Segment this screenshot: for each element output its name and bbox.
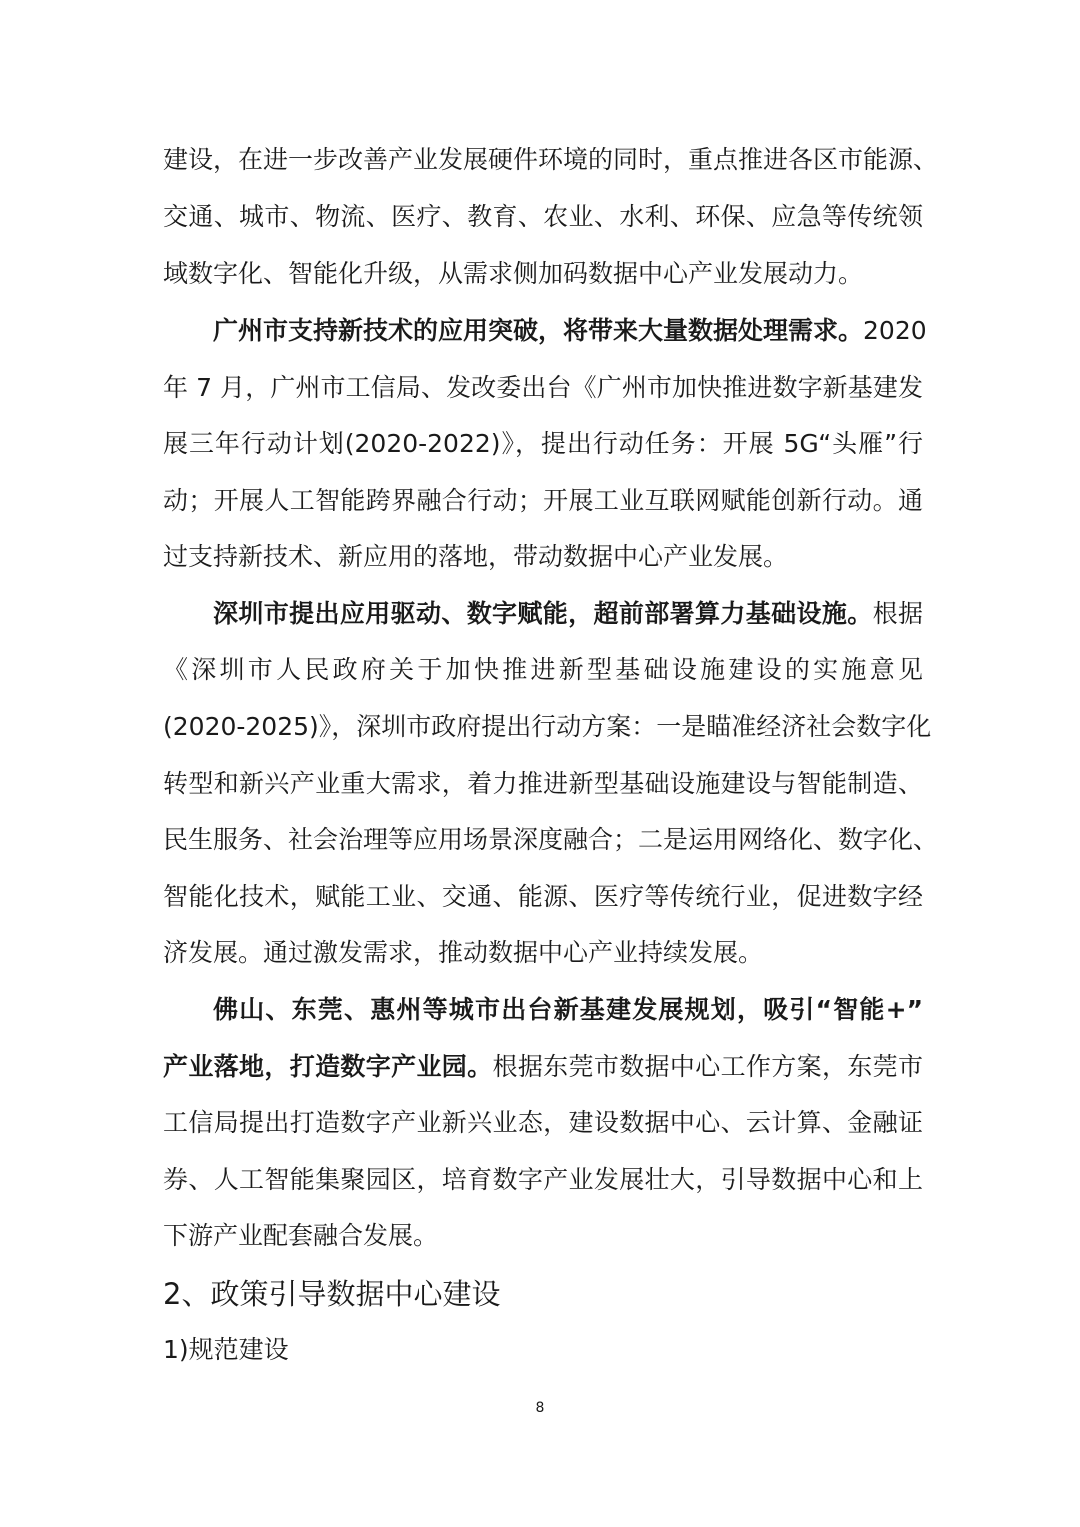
line-text: 根据 <box>873 599 923 628</box>
paragraph-line: 建设，在进一步改善产业发展硬件环境的同时，重点推进各区市能源、 <box>163 140 923 180</box>
paragraph-line: 佛山、东莞、惠州等城市出台新基建发展规划，吸引“智能+” <box>213 990 923 1030</box>
paragraph-line: 深圳市提出应用驱动、数字赋能，超前部署算力基础设施。根据 <box>213 594 923 634</box>
paragraph-line: 过支持新技术、新应用的落地，带动数据中心产业发展。 <box>163 537 923 577</box>
line-text: (2020-2025)》，深圳市政府提出行动方案：一是瞄准经济社会数字化 <box>163 712 931 741</box>
bold-lead-sentence: 产业落地，打造数字产业园。 <box>163 1052 492 1081</box>
page-number: 8 <box>0 1398 1080 1418</box>
line-text: 工信局提出打造数字产业新兴业态，建设数据中心、云计算、金融证 <box>163 1108 923 1137</box>
paragraph-line: (2020-2025)》，深圳市政府提出行动方案：一是瞄准经济社会数字化 <box>163 707 923 747</box>
bold-lead-sentence: 深圳市提出应用驱动、数字赋能，超前部署算力基础设施。 <box>213 599 873 628</box>
bold-lead-sentence: 广州市支持新技术的应用突破，将带来大量数据处理需求。 <box>213 316 863 345</box>
paragraph-line: 济发展。通过激发需求，推动数据中心产业持续发展。 <box>163 933 923 973</box>
paragraph-line: 动；开展人工智能跨界融合行动；开展工业互联网赋能创新行动。通 <box>163 481 923 521</box>
document-page: 建设，在进一步改善产业发展硬件环境的同时，重点推进各区市能源、 交通、城市、物流… <box>0 0 1080 1527</box>
line-text: 《深圳市人民政府关于加快推进新型基础设施建设的实施意见 <box>163 655 923 684</box>
paragraph-line: 转型和新兴产业重大需求，着力推进新型基础设施建设与智能制造、 <box>163 764 923 804</box>
line-text: 建设，在进一步改善产业发展硬件环境的同时，重点推进各区市能源、 <box>163 145 938 174</box>
line-text: 券、人工智能集聚园区，培育数字产业发展壮大，引导数据中心和上 <box>163 1165 923 1194</box>
line-text: 转型和新兴产业重大需求，着力推进新型基础设施建设与智能制造、 <box>163 769 923 798</box>
paragraph-line: 券、人工智能集聚园区，培育数字产业发展壮大，引导数据中心和上 <box>163 1160 923 1200</box>
line-text: 2020 <box>863 316 927 345</box>
paragraph-line: 交通、城市、物流、医疗、教育、农业、水利、环保、应急等传统领 <box>163 197 923 237</box>
paragraph-line: 《深圳市人民政府关于加快推进新型基础设施建设的实施意见 <box>163 650 923 690</box>
paragraph-line: 下游产业配套融合发展。 <box>163 1216 923 1256</box>
line-text: 交通、城市、物流、医疗、教育、农业、水利、环保、应急等传统领 <box>163 202 923 231</box>
line-text: 根据东莞市数据中心工作方案，东莞市 <box>492 1052 923 1081</box>
paragraph-line: 产业落地，打造数字产业园。根据东莞市数据中心工作方案，东莞市 <box>163 1047 923 1087</box>
bold-lead-sentence: 佛山、东莞、惠州等城市出台新基建发展规划，吸引“智能+” <box>213 995 923 1024</box>
paragraph-line: 工信局提出打造数字产业新兴业态，建设数据中心、云计算、金融证 <box>163 1103 923 1143</box>
paragraph-line: 域数字化、智能化升级，从需求侧加码数据中心产业发展动力。 <box>163 254 923 294</box>
line-text: 过支持新技术、新应用的落地，带动数据中心产业发展。 <box>163 542 788 571</box>
line-text: 下游产业配套融合发展。 <box>163 1221 438 1250</box>
subsection-heading: 1)规范建设 <box>163 1330 289 1370</box>
paragraph-line: 广州市支持新技术的应用突破，将带来大量数据处理需求。2020 <box>213 311 923 351</box>
line-text: 动；开展人工智能跨界融合行动；开展工业互联网赋能创新行动。通 <box>163 486 923 515</box>
paragraph-line: 年 7 月，广州市工信局、发改委出台《广州市加快推进数字新基建发 <box>163 368 923 408</box>
line-text: 域数字化、智能化升级，从需求侧加码数据中心产业发展动力。 <box>163 259 863 288</box>
paragraph-line: 展三年行动计划(2020-2022)》，提出行动任务：开展 5G“头雁”行 <box>163 424 923 464</box>
line-text: 济发展。通过激发需求，推动数据中心产业持续发展。 <box>163 938 763 967</box>
line-text: 民生服务、社会治理等应用场景深度融合；二是运用网络化、数字化、 <box>163 825 938 854</box>
section-heading: 2、政策引导数据中心建设 <box>163 1272 500 1316</box>
line-text: 展三年行动计划(2020-2022)》，提出行动任务：开展 5G“头雁”行 <box>163 429 923 458</box>
line-text: 年 7 月，广州市工信局、发改委出台《广州市加快推进数字新基建发 <box>163 373 923 402</box>
paragraph-line: 智能化技术，赋能工业、交通、能源、医疗等传统行业，促进数字经 <box>163 877 923 917</box>
paragraph-line: 民生服务、社会治理等应用场景深度融合；二是运用网络化、数字化、 <box>163 820 923 860</box>
line-text: 智能化技术，赋能工业、交通、能源、医疗等传统行业，促进数字经 <box>163 882 923 911</box>
